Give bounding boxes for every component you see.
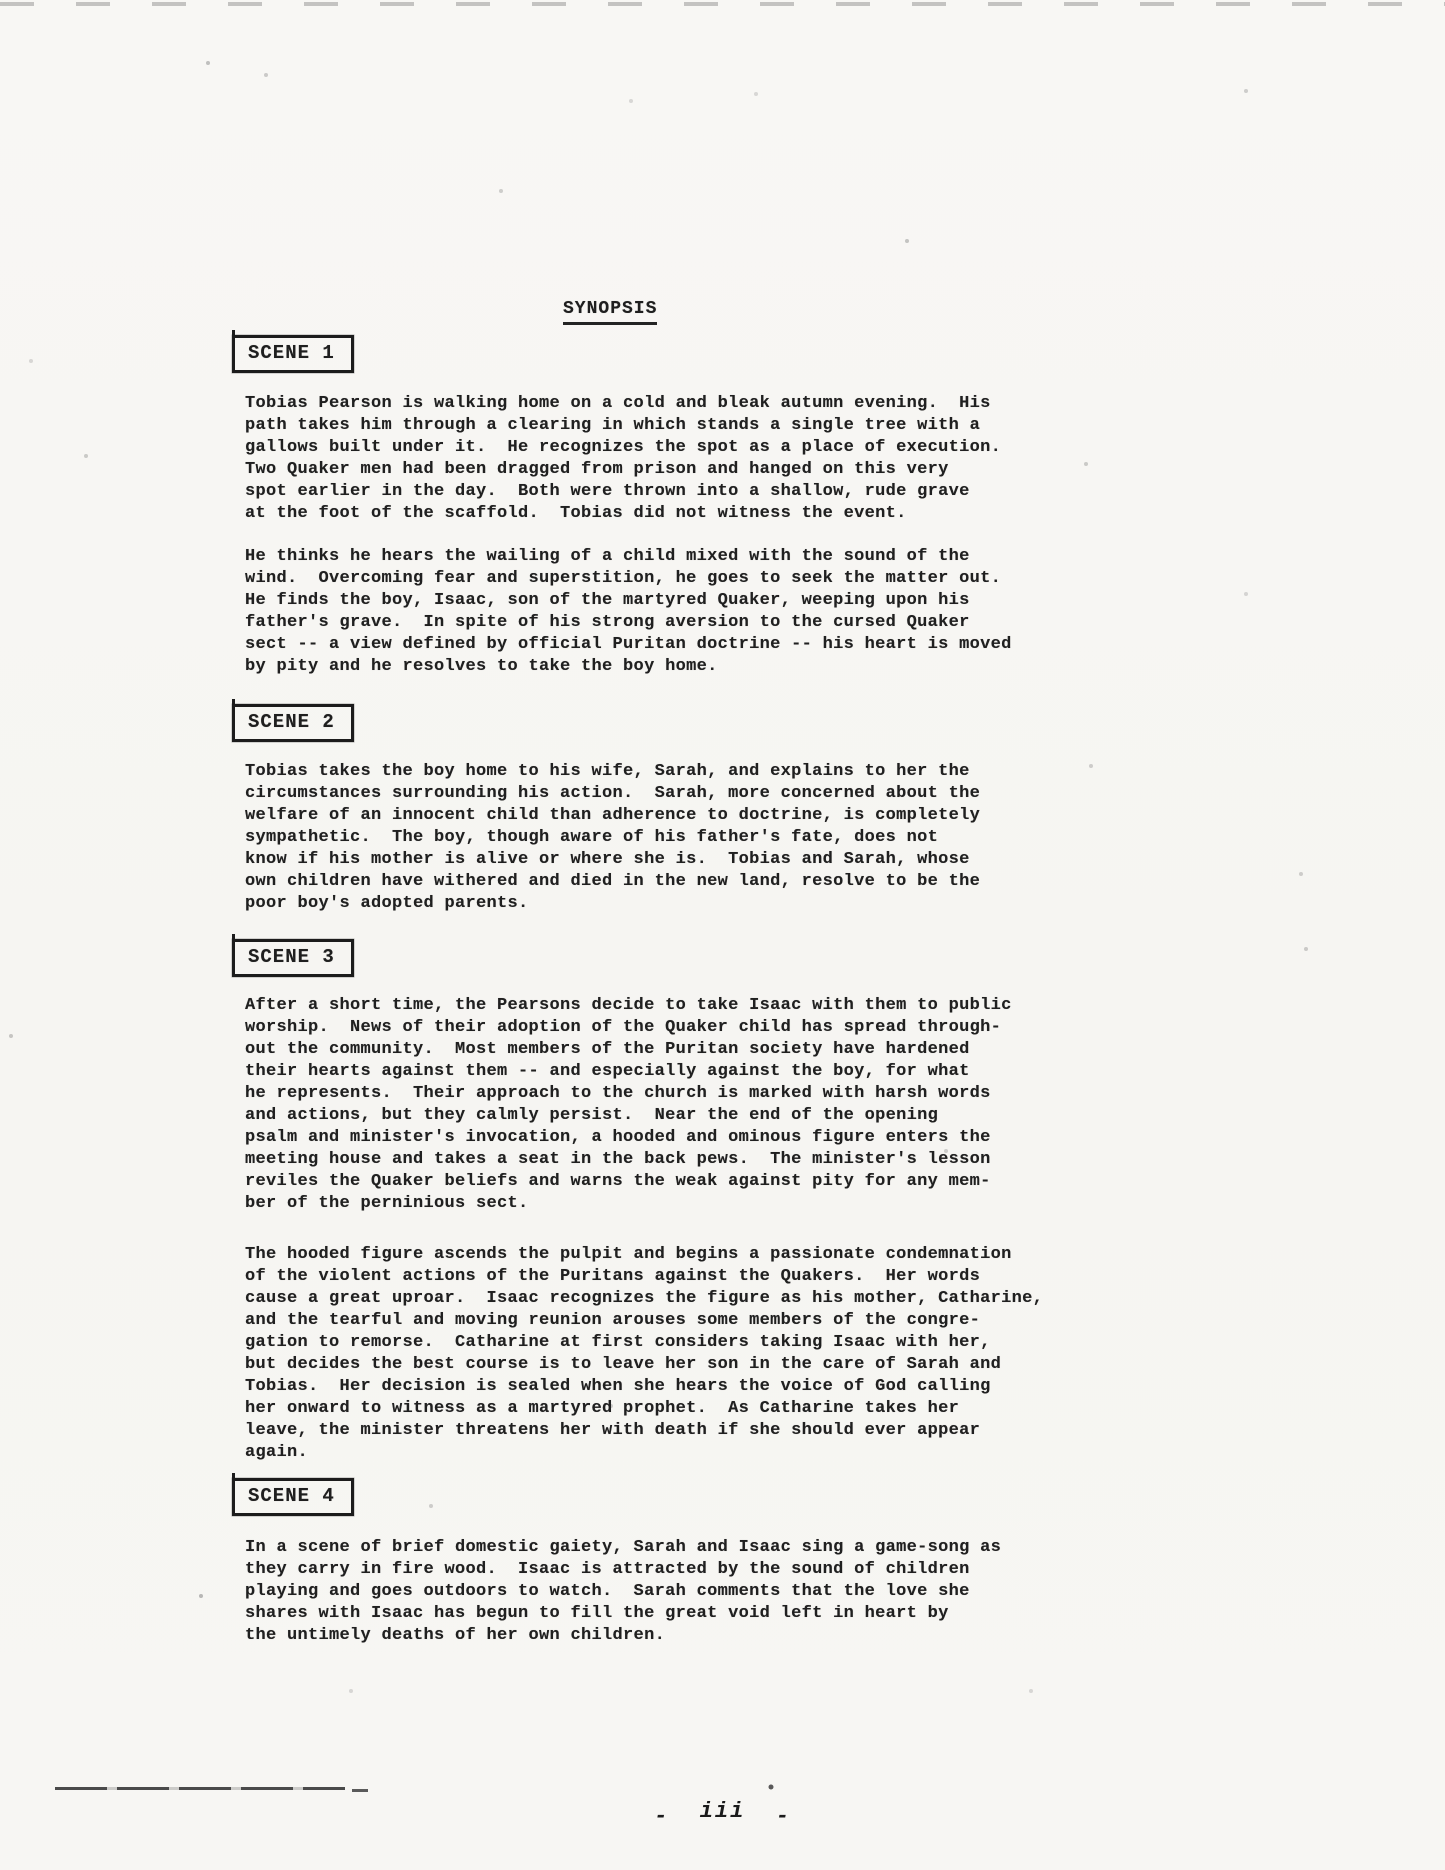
scene-3-paragraph-2: The hooded figure ascends the pulpit and… [245,1244,1095,1464]
synopsis-body: SCENE 1 Tobias Pearson is walking home o… [245,335,1095,1647]
page-title: SYNOPSIS [563,299,657,325]
scene-2-paragraph-1: Tobias takes the boy home to his wife, S… [245,761,1095,915]
page-number-value: iii [700,1799,746,1824]
scene-1-paragraph-2: He thinks he hears the wailing of a chil… [245,546,1095,678]
scene-2-label: SCENE 2 [232,704,354,742]
scene-2-heading: SCENE 2 [248,711,335,733]
scene-1-paragraph-1: Tobias Pearson is walking home on a cold… [245,393,1095,525]
page-number: - iii - [0,1799,1445,1824]
scene-4-heading: SCENE 4 [248,1485,335,1507]
page-number-right-dash: - [776,1804,791,1829]
scan-edge-artifact [0,2,1445,6]
scene-3-paragraph-1: After a short time, the Pearsons decide … [245,995,1095,1215]
scene-4-label: SCENE 4 [232,1478,354,1516]
scene-3-label: SCENE 3 [232,939,354,977]
scene-1-label: SCENE 1 [232,335,354,373]
scan-noise [0,0,2,2]
scene-1-heading: SCENE 1 [248,342,335,364]
scene-3-heading: SCENE 3 [248,946,335,968]
document-page: SYNOPSIS SCENE 1 Tobias Pearson is walki… [0,0,1445,1870]
scan-line-artifact-stub [352,1789,368,1792]
page-number-left-dash: - [654,1804,669,1829]
scene-4-paragraph-1: In a scene of brief domestic gaiety, Sar… [245,1537,1095,1647]
scan-line-artifact [55,1787,345,1790]
